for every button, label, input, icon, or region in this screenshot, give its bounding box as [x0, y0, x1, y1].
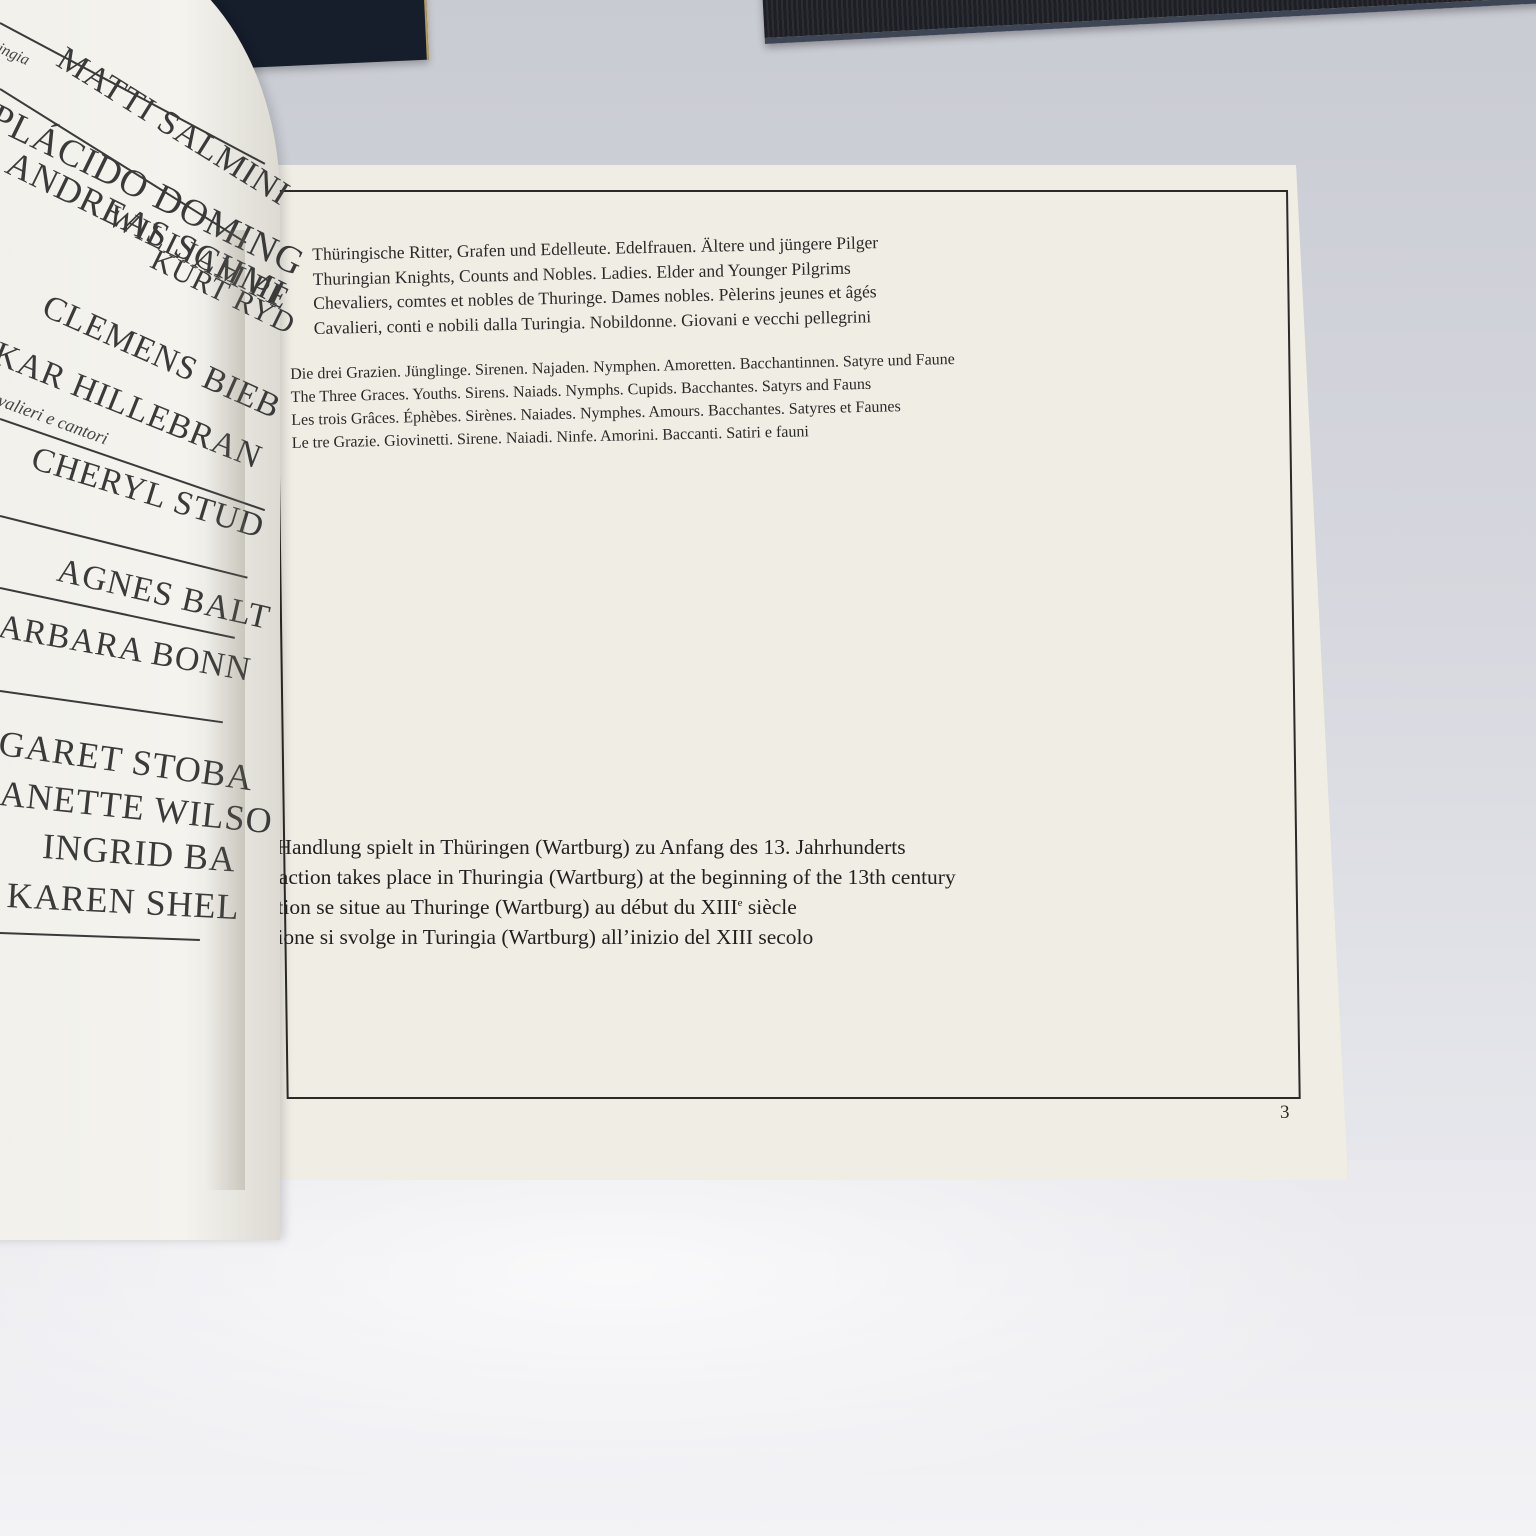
cast-name: KAREN SHEL	[6, 874, 241, 928]
setting-fr-after: siècle	[743, 895, 797, 919]
ballet-list: Die drei Grazien. Jünglinge. Sirenen. Na…	[290, 343, 1152, 454]
role-label: ingia	[0, 40, 32, 70]
cd-case	[761, 0, 1536, 44]
setting-line-en: The action takes place in Thuringia (War…	[240, 862, 1120, 892]
setting-description: Die Handlung spielt in Thüringen (Wartbu…	[240, 832, 1120, 952]
cast-list: ingia MATTI SALMINI PLÁCIDO DOMING ANDRE…	[0, 0, 300, 1000]
setting-line-it: L’azione si svolge in Turingia (Wartburg…	[240, 922, 1120, 952]
setting-line-de: Die Handlung spielt in Thüringen (Wartbu…	[240, 832, 1120, 862]
page-number: 3	[1280, 1102, 1290, 1124]
rule	[0, 690, 223, 723]
setting-line-fr: L’action se situe au Thuringe (Wartburg)…	[240, 892, 1120, 922]
setting-fr-before: L’action se situe au Thuringe (Wartburg)…	[240, 895, 738, 919]
rule	[0, 932, 200, 941]
chorus-list: Thüringische Ritter, Grafen und Edelleut…	[312, 227, 1054, 340]
